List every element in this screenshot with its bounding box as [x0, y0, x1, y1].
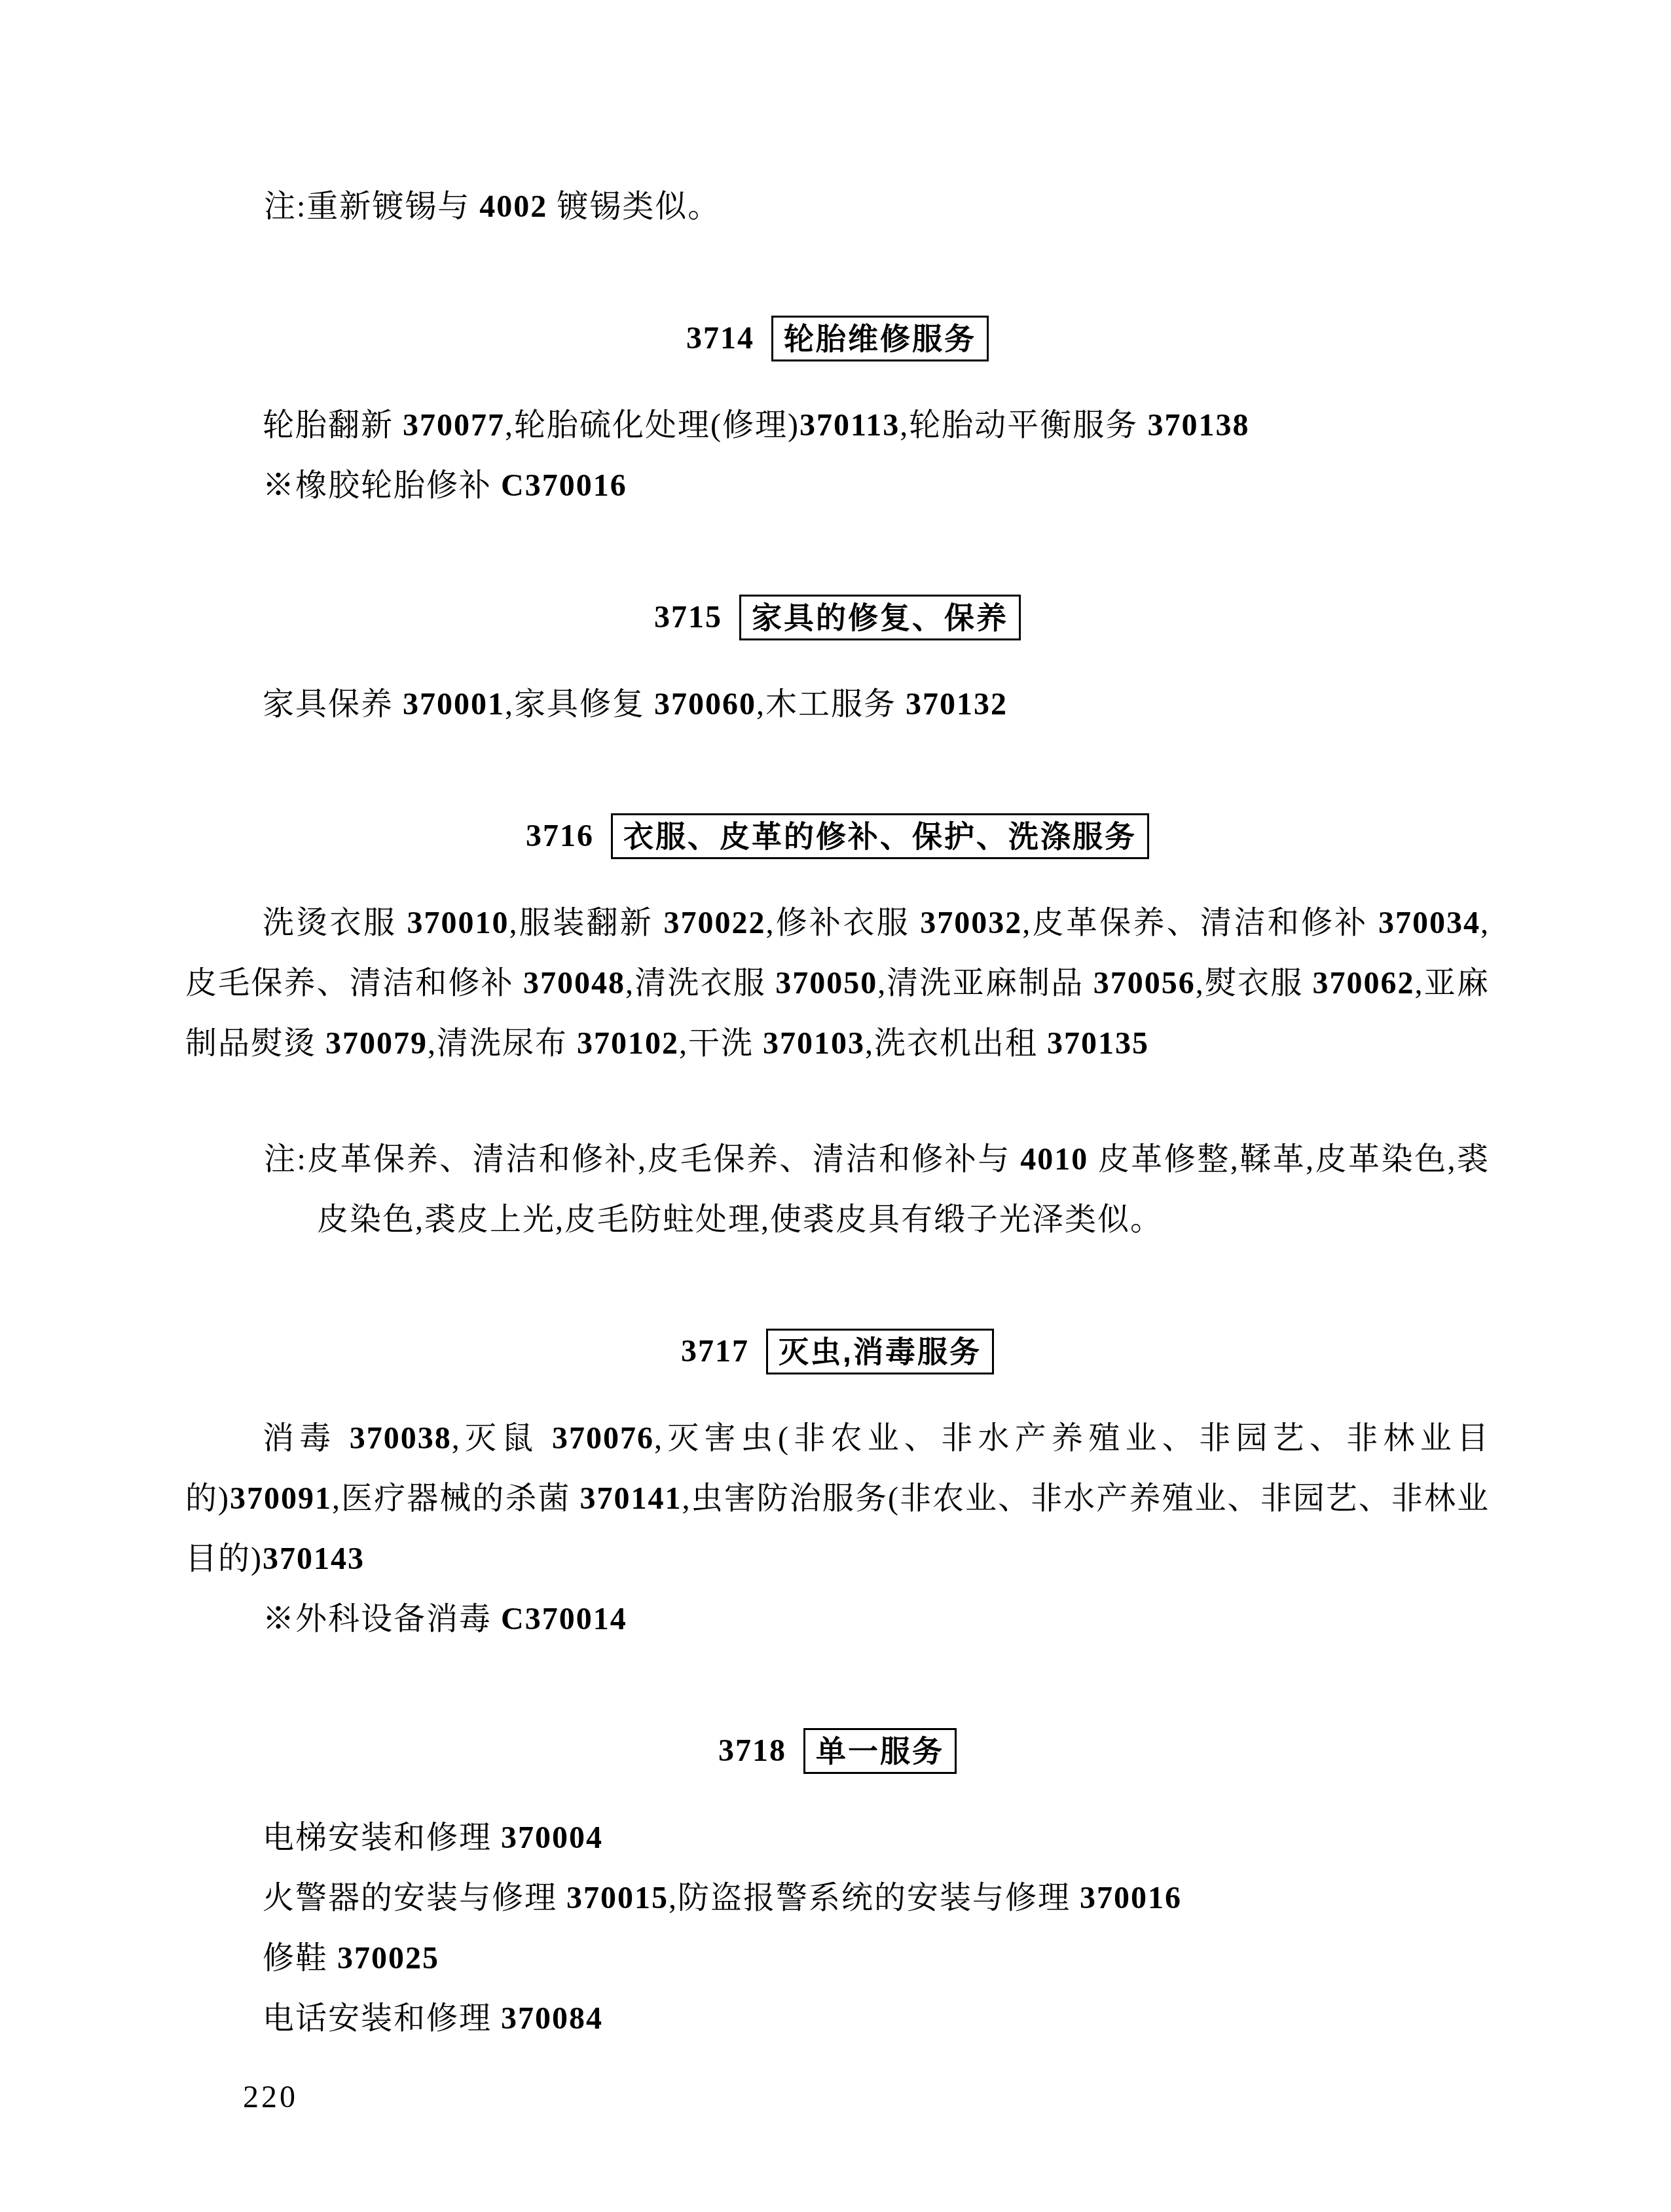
c-item: ※外科设备消毒 C370014 [185, 1589, 1490, 1650]
section-code: 3718 [718, 1733, 786, 1768]
section-paragraph: 洗烫衣服 370010,服装翻新 370022,修补衣服 370032,皮革保养… [185, 893, 1490, 1074]
section-heading-3715: 3715家具的修复、保养 [185, 593, 1490, 640]
section-heading-3718: 3718单一服务 [185, 1727, 1490, 1774]
document-page: 注:重新镀锡与 4002 镀锡类似。 3714轮胎维修服务 轮胎翻新 37007… [0, 0, 1671, 2212]
section-heading-3716: 3716衣服、皮革的修补、保护、洗涤服务 [185, 812, 1490, 859]
section-title-box: 家具的修复、保养 [739, 595, 1021, 640]
c-item: ※橡胶轮胎修补 C370016 [185, 456, 1490, 516]
section-heading-3714: 3714轮胎维修服务 [185, 314, 1490, 361]
section-note: 注:皮革保养、清洁和修补,皮毛保养、清洁和修补与 4010 皮革修整,鞣革,皮革… [185, 1130, 1490, 1250]
list-item: 修鞋 370025 [185, 1928, 1490, 1989]
section-heading-3717: 3717灭虫,消毒服务 [185, 1327, 1490, 1374]
section-title-box: 灭虫,消毒服务 [766, 1329, 994, 1374]
section-title-box: 单一服务 [803, 1728, 957, 1774]
section-paragraph: 轮胎翻新 370077,轮胎硫化处理(修理)370113,轮胎动平衡服务 370… [185, 396, 1490, 456]
list-item: 火警器的安装与修理 370015,防盗报警系统的安装与修理 370016 [185, 1868, 1490, 1928]
section-code: 3716 [526, 819, 594, 853]
top-note: 注:重新镀锡与 4002 镀锡类似。 [185, 177, 1490, 237]
section-paragraph: 家具保养 370001,家具修复 370060,木工服务 370132 [185, 674, 1490, 735]
list-item: 电梯安装和修理 370004 [185, 1808, 1490, 1868]
section-title-box: 轮胎维修服务 [771, 316, 989, 361]
section-paragraph: 消毒 370038,灭鼠 370076,灭害虫(非农业、非水产养殖业、非园艺、非… [185, 1409, 1490, 1589]
section-code: 3717 [681, 1334, 749, 1369]
section-code: 3715 [654, 600, 722, 635]
service-item-list: 电梯安装和修理 370004 火警器的安装与修理 370015,防盗报警系统的安… [185, 1808, 1490, 2049]
section-title-box: 衣服、皮革的修补、保护、洗涤服务 [611, 813, 1149, 859]
list-item: 电话安装和修理 370084 [185, 1989, 1490, 2049]
page-number: 220 [243, 2067, 1490, 2128]
section-code: 3714 [686, 321, 754, 356]
